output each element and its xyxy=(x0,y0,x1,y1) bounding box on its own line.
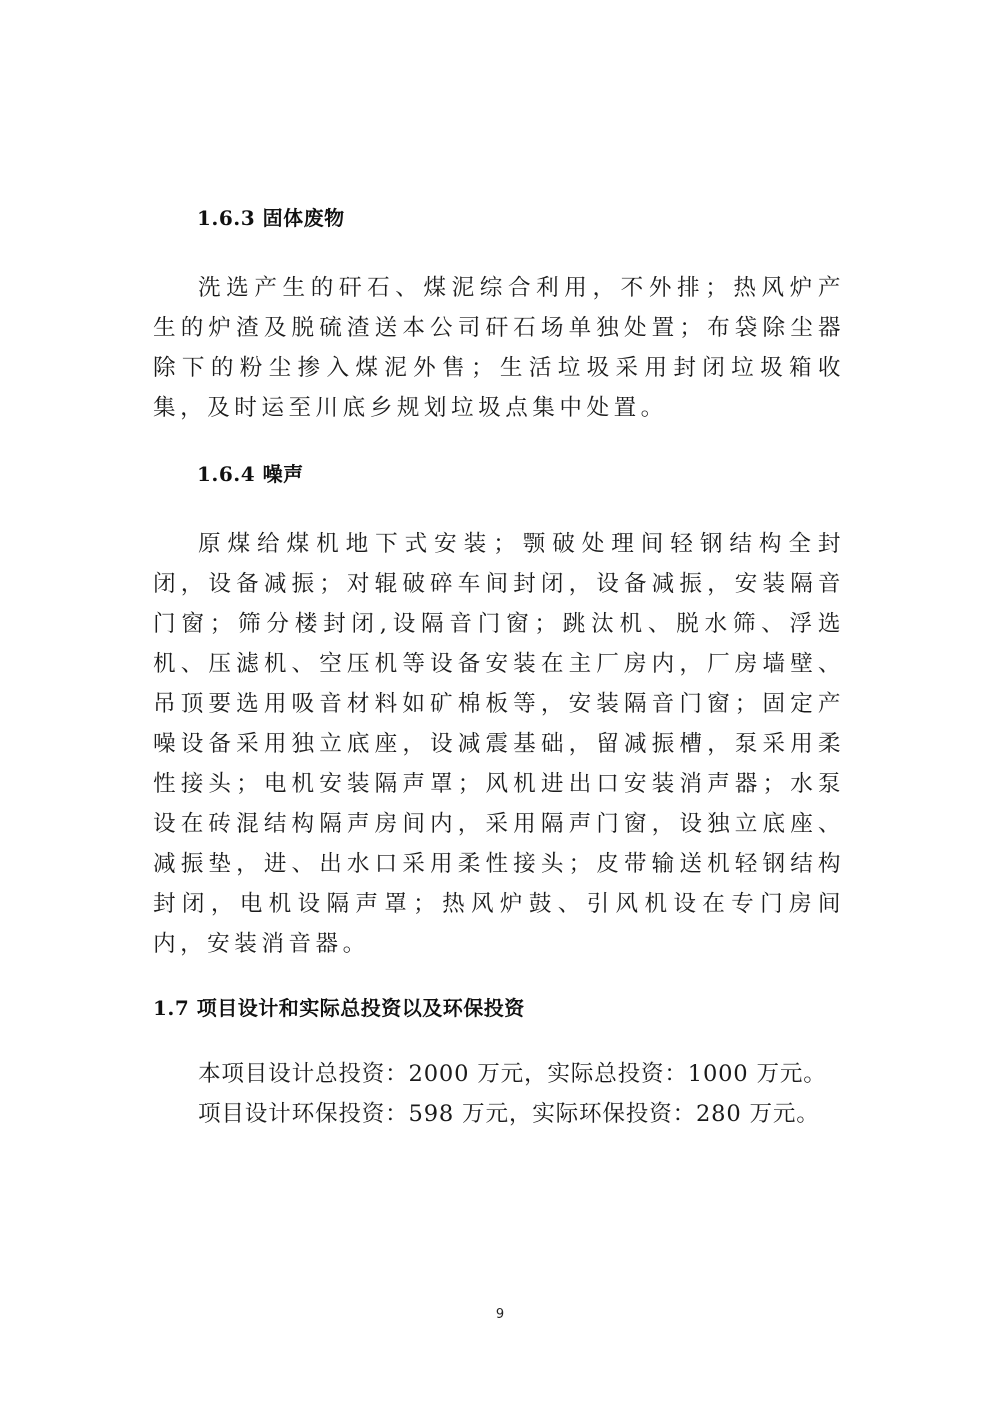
section-heading-investment: 1.7 项目设计和实际总投资以及环保投资 xyxy=(153,988,845,1028)
paragraph-env-investment: 项目设计环保投资：598 万元，实际环保投资：280 万元。 xyxy=(153,1094,845,1134)
paragraph-solid-waste: 洗选产生的矸石、煤泥综合利用，不外排；热风炉产生的炉渣及脱硫渣送本公司矸石场单独… xyxy=(153,268,845,428)
paragraph-total-investment: 本项目设计总投资：2000 万元，实际总投资：1000 万元。 xyxy=(153,1054,845,1094)
section-heading-solid-waste: 1.6.3 固体废物 xyxy=(153,198,845,238)
section-heading-noise: 1.6.4 噪声 xyxy=(153,454,845,494)
page-content: 1.6.3 固体废物 洗选产生的矸石、煤泥综合利用，不外排；热风炉产生的炉渣及脱… xyxy=(153,198,845,1134)
document-page: 1.6.3 固体废物 洗选产生的矸石、煤泥综合利用，不外排；热风炉产生的炉渣及脱… xyxy=(0,0,1000,1414)
paragraph-noise: 原煤给煤机地下式安装；颚破处理间轻钢结构全封闭，设备减振；对辊破碎车间封闭，设备… xyxy=(153,524,845,964)
page-number: 9 xyxy=(0,1307,1000,1322)
